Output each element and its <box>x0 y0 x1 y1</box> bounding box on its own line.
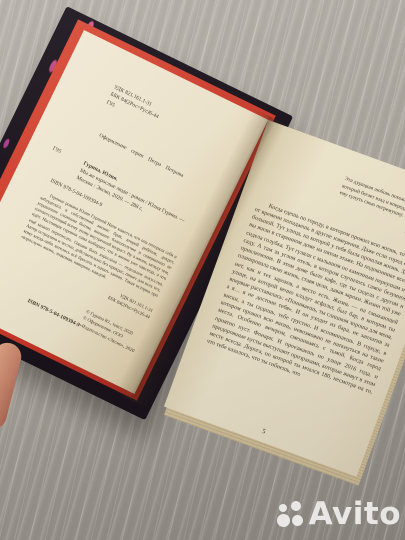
udk-block: УДК 821.161.1-31 ББК 84(2Рос=Рус)6-44 Г9… <box>105 83 239 165</box>
avito-watermark: Avito <box>277 499 401 530</box>
open-book: УДК 821.161.1-31 ББК 84(2Рос=Рус)6-44 Г9… <box>0 30 405 484</box>
novel-body-text: Когда едешь по городу, в котором прожил … <box>205 198 405 405</box>
isbn-bottom: ISBN 978-5-04-109394-9 <box>26 298 80 329</box>
photo-frame: УДК 821.161.1-31 ББК 84(2Рос=Рус)6-44 Г9… <box>0 0 405 540</box>
avito-logo-icon <box>277 501 304 528</box>
entry-code: Г95 <box>51 145 62 156</box>
page-number: 5 <box>166 393 361 470</box>
epigraph: Эта дурацкая любовь похожа на шута, кото… <box>338 176 405 231</box>
avito-watermark-label: Avito <box>309 499 401 530</box>
finger <box>0 340 24 432</box>
